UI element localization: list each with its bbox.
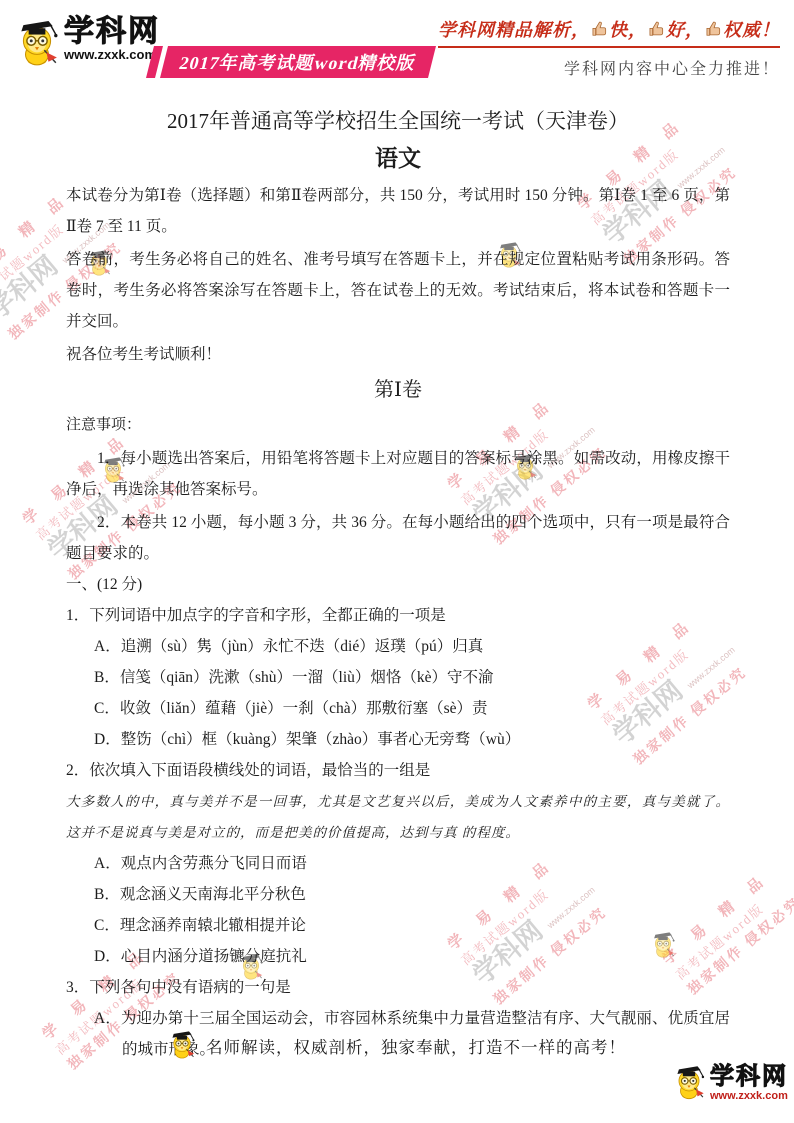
notice-item: 2．本卷共 12 小题，每小题 3 分，共 36 分。在每小题给出的四个选项中，…: [66, 507, 730, 569]
intro-paragraph: 祝各位考生考试顺利！: [66, 339, 730, 370]
question-2-passage: 大多数人的中，真与美并不是一回事，尤其是文艺复兴以后，美成为人文素养中的主要，真…: [66, 786, 730, 848]
page-header: 学科网 www.zxxk.com 2017年高考试题word精校版 学科网精品解…: [0, 0, 794, 90]
intro-paragraph: 答卷前，考生务必将自己的姓名、准考号填写在答题卡上，并在规定位置粘贴考试用条形码…: [66, 244, 730, 337]
slogan-sub: 学科网内容中心全力推进！: [438, 56, 780, 79]
notice-heading: 注意事项：: [66, 410, 730, 441]
subject-title: 语文: [66, 140, 730, 178]
page-title: 2017年普通高等学校招生全国统一考试（天津卷）: [66, 104, 730, 138]
document-page: 学 易 精 品 高考试题word版 学科网 www.zxxk.com 独家制作 …: [0, 0, 794, 1123]
banner: 2017年高考试题word精校版: [150, 46, 432, 78]
logo-text: 学科网 www.zxxk.com: [710, 1065, 788, 1103]
site-name: 学科网: [64, 16, 160, 48]
zxxk-logo-bottom: 学科网 www.zxxk.com: [672, 1062, 788, 1106]
thumbs-up-icon: [591, 21, 608, 38]
question-2-stem: 2．依次填入下面语段横线处的词语，最恰当的一组是: [66, 755, 730, 786]
part-heading: 一、(12 分): [66, 569, 730, 600]
section-title: 第Ⅰ卷: [66, 370, 730, 410]
intro-paragraph: 本试卷分为第Ⅰ卷（选择题）和第Ⅱ卷两部分，共 150 分，考试用时 150 分钟…: [66, 180, 730, 242]
question-2-option-b: B．观念涵义天南海北平分秋色: [94, 879, 730, 910]
zxxk-logo: 学科网 www.zxxk.com: [14, 16, 160, 74]
banner-box: 2017年高考试题word精校版: [160, 46, 436, 78]
question-2-option-c: C．理念涵养南辕北辙相提并论: [94, 910, 730, 941]
footer-slogan-row: 名师解读，权威剖析，独家奉献，打造不一样的高考！: [0, 1028, 794, 1064]
question-2-option-a: A．观点内含劳燕分飞同日而语: [94, 848, 730, 879]
question-1-option-c: C．收敛（liǎn）蕴藉（jiè）一刹（chà）那敷衍塞（sè）责: [94, 693, 730, 724]
thumbs-up-icon: [648, 21, 665, 38]
thumbs-up-icon: [705, 21, 722, 38]
site-url: www.zxxk.com: [64, 48, 160, 62]
header-slogans: 学科网精品解析，快，好，权威！ 学科网内容中心全力推进！: [438, 16, 780, 79]
question-1-option-d: D．整饬（chì）框（kuàng）架肇（zhào）事者心无旁骛（wù）: [94, 724, 730, 755]
mascot-icon: [672, 1062, 706, 1106]
mascot-icon: [14, 16, 60, 74]
notice-item: 1．每小题选出答案后，用铅笔将答题卡上对应题目的答案标号涂黑。如需改动，用橡皮擦…: [66, 443, 730, 505]
document-content: 2017年普通高等学校招生全国统一考试（天津卷） 语文 本试卷分为第Ⅰ卷（选择题…: [0, 0, 794, 1065]
question-2-option-d: D．心目内涵分道扬镳分庭抗礼: [94, 941, 730, 972]
banner-text: 2017年高考试题word精校版: [177, 49, 419, 75]
question-1-option-b: B．信笺（qiān）洗漱（shù）一溜（liù）烟恪（kè）守不渝: [94, 662, 730, 693]
site-url: www.zxxk.com: [710, 1089, 788, 1103]
site-name: 学科网: [710, 1065, 788, 1089]
slogan-red: 学科网精品解析，快，好，权威！: [438, 16, 780, 48]
question-1-stem: 1．下列词语中加点字的字音和字形，全都正确的一项是: [66, 600, 730, 631]
footer-slogan: 名师解读，权威剖析，独家奉献，打造不一样的高考！: [206, 1034, 626, 1058]
question-1-option-a: A．追溯（sù）隽（jùn）永忙不迭（dié）返璞（pú）归真: [94, 631, 730, 662]
question-3-stem: 3．下列各句中没有语病的一句是: [66, 972, 730, 1003]
logo-text: 学科网 www.zxxk.com: [64, 16, 160, 62]
mascot-icon: [168, 1028, 196, 1064]
